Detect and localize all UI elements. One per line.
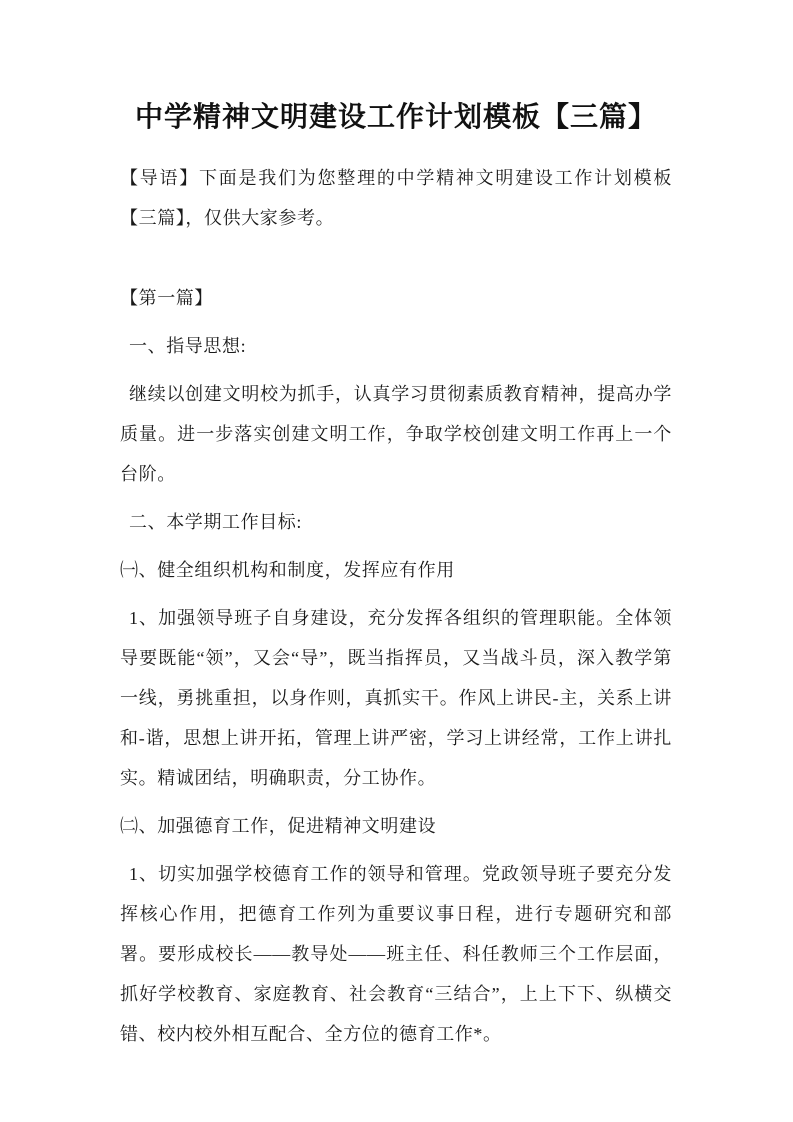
- paragraph-moral-education: 1、切实加强学校德育工作的领导和管理。党政领导班子要充分发挥核心作用，把德育工作…: [120, 854, 672, 1054]
- paragraph-intro: 【导语】下面是我们为您整理的中学精神文明建设工作计划模板【三篇】，仅供大家参考。: [120, 158, 672, 238]
- heading-item-one-organization: ㈠、健全组织机构和制度，发挥应有作用: [120, 550, 672, 590]
- paragraph-leadership-building: 1、加强领导班子自身建设，充分发挥各组织的管理职能。全体领导要既能“领”，又会“…: [120, 598, 672, 798]
- heading-semester-goals: 二、本学期工作目标:: [120, 502, 672, 542]
- document-title: 中学精神文明建设工作计划模板【三篇】: [120, 98, 672, 138]
- heading-item-two-moral-education: ㈡、加强德育工作，促进精神文明建设: [120, 806, 672, 846]
- heading-guiding-ideology: 一、指导思想:: [120, 326, 672, 366]
- paragraph-guiding-ideology: 继续以创建文明校为抓手，认真学习贯彻素质教育精神，提高办学质量。进一步落实创建文…: [120, 374, 672, 494]
- section-label-part-one: 【第一篇】: [120, 278, 672, 318]
- document-page: 中学精神文明建设工作计划模板【三篇】 【导语】下面是我们为您整理的中学精神文明建…: [0, 0, 793, 1122]
